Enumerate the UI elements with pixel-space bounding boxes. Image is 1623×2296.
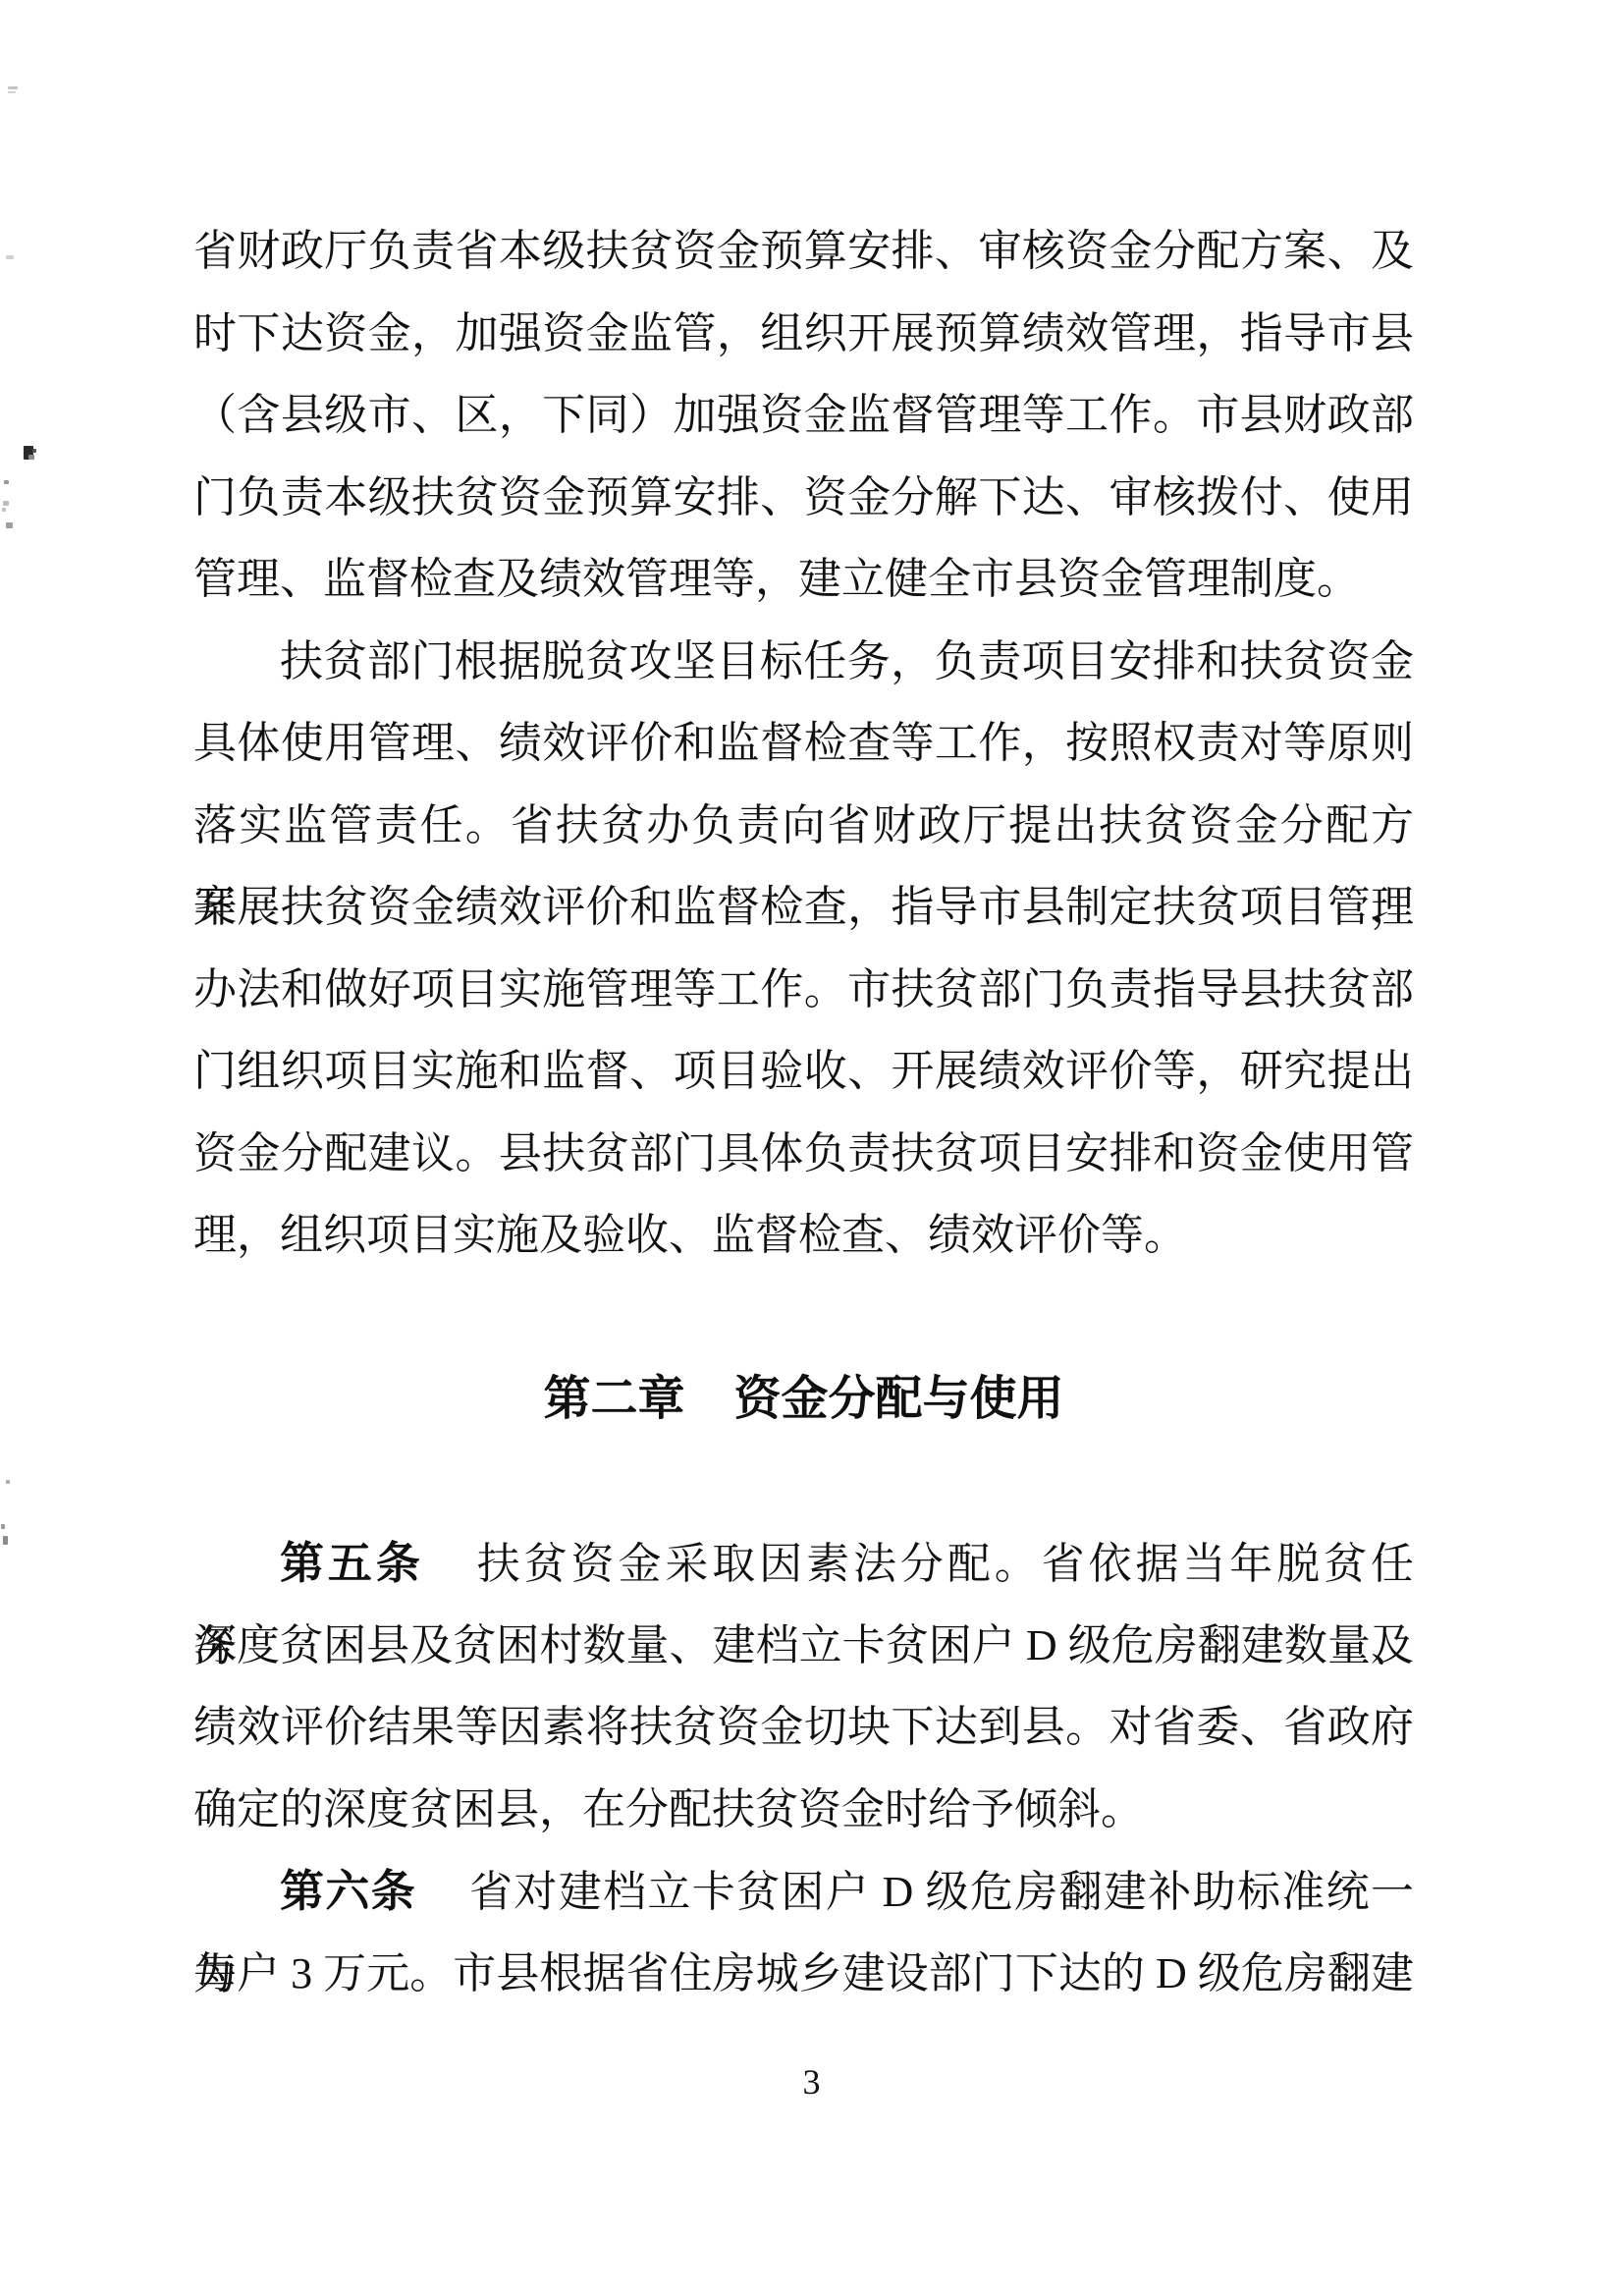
article-label: 第五条 bbox=[280, 1538, 424, 1588]
scan-speck bbox=[32, 449, 36, 453]
scan-speck bbox=[8, 86, 18, 89]
body-line: 第五条扶贫资金采取因素法分配。省依据当年脱贫任务、 bbox=[193, 1522, 1414, 1605]
body-line: 绩效评价结果等因素将扶贫资金切块下达到县。对省委、省政府 bbox=[193, 1686, 1414, 1769]
body-line: 省财政厅负责省本级扶贫资金预算安排、审核资金分配方案、及 bbox=[193, 210, 1414, 293]
body-line: 理，组织项目实施及验收、监督检查、绩效评价等。 bbox=[193, 1194, 1414, 1277]
body-line: 具体使用管理、绩效评价和监督检查等工作，按照权责对等原则 bbox=[193, 702, 1414, 785]
body-line: 深度贫困县及贫困村数量、建档立卡贫困户 D 级危房翻建数量及 bbox=[193, 1605, 1414, 1687]
body-line: 办法和做好项目实施管理等工作。市扶贫部门负责指导县扶贫部 bbox=[193, 949, 1414, 1031]
body-line: 时下达资金，加强资金监管，组织开展预算绩效管理，指导市县 bbox=[193, 293, 1414, 375]
scan-speck bbox=[1, 1524, 5, 1529]
body-line: 确定的深度贫困县，在分配扶贫资金时给予倾斜。 bbox=[193, 1769, 1414, 1851]
body-line: 第六条省对建档立卡贫困户 D 级危房翻建补助标准统一为 bbox=[193, 1850, 1414, 1933]
body-line: 每户 3 万元。市县根据省住房城乡建设部门下达的 D 级危房翻建 bbox=[193, 1933, 1414, 2015]
text-column: 省财政厅负责省本级扶贫资金预算安排、审核资金分配方案、及 时下达资金，加强资金监… bbox=[193, 210, 1414, 2014]
scan-speck bbox=[6, 255, 14, 259]
scan-speck bbox=[2, 508, 6, 512]
scan-speck bbox=[6, 522, 13, 528]
body-line: 落实监管责任。省扶贫办负责向省财政厅提出扶贫资金分配方案， bbox=[193, 785, 1414, 867]
scan-speck bbox=[6, 1480, 10, 1484]
chapter-heading: 第二章资金分配与使用 bbox=[193, 1358, 1414, 1441]
body-line: （含县级市、区，下同）加强资金监督管理等工作。市县财政部 bbox=[193, 374, 1414, 457]
blank-line bbox=[193, 1441, 1414, 1523]
scan-speck bbox=[3, 501, 9, 506]
chapter-title: 资金分配与使用 bbox=[734, 1373, 1064, 1425]
body-line: 管理、监督检查及绩效管理等，建立健全市县资金管理制度。 bbox=[193, 538, 1414, 621]
scan-speck bbox=[3, 1536, 8, 1545]
document-page: 省财政厅负责省本级扶贫资金预算安排、审核资金分配方案、及 时下达资金，加强资金监… bbox=[0, 0, 1623, 2296]
body-line: 门负责本级扶贫资金预算安排、资金分解下达、审核拨付、使用 bbox=[193, 457, 1414, 539]
scan-speck bbox=[4, 480, 9, 484]
chapter-number: 第二章 bbox=[543, 1373, 684, 1425]
page-number: 3 bbox=[0, 2062, 1623, 2102]
blank-line bbox=[193, 1277, 1414, 1359]
body-line: 资金分配建议。县扶贫部门具体负责扶贫项目安排和资金使用管 bbox=[193, 1113, 1414, 1195]
body-line: 开展扶贫资金绩效评价和监督检查，指导市县制定扶贫项目管理 bbox=[193, 866, 1414, 949]
scan-speck bbox=[8, 91, 16, 93]
scan-speck bbox=[28, 455, 34, 460]
body-line: 扶贫部门根据脱贫攻坚目标任务，负责项目安排和扶贫资金 bbox=[193, 621, 1414, 703]
article-label: 第六条 bbox=[280, 1866, 416, 1916]
body-line: 门组织项目实施和监督、项目验收、开展绩效评价等，研究提出 bbox=[193, 1030, 1414, 1113]
